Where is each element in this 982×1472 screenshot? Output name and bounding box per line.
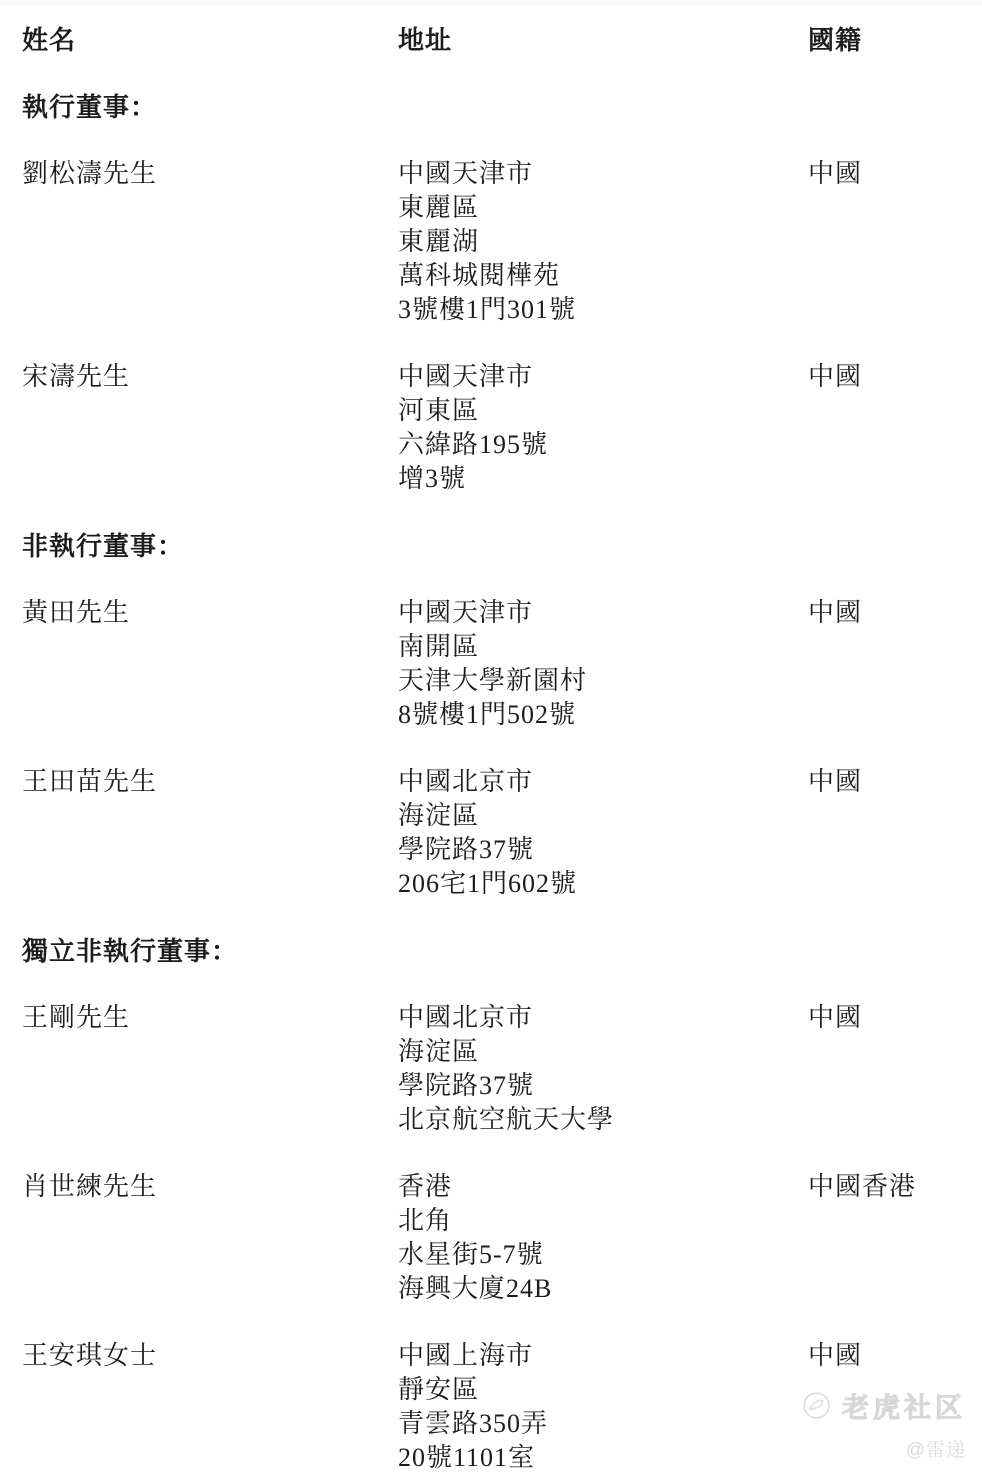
director-nationality: 中國香港 (808, 1170, 960, 1204)
address-line: 中國北京市 (398, 1001, 808, 1035)
address-line: 增3號 (398, 462, 808, 496)
address-line: 中國上海市 (398, 1339, 808, 1373)
director-nationality: 中國 (808, 157, 960, 191)
address-line: 北京航空航天大學 (398, 1103, 808, 1137)
address-line: 學院路37號 (398, 1069, 808, 1103)
address-line: 中國天津市 (398, 596, 808, 630)
director-row-liu-songtao: 劉松濤先生 中國天津市 東麗區 東麗湖 萬科城閱樺苑 3號樓1門301號 中國 (22, 157, 960, 327)
director-name: 王田苗先生 (22, 765, 398, 799)
director-name: 宋濤先生 (22, 360, 398, 394)
section-title-non-executive-directors: 非執行董事： (22, 529, 960, 563)
address-line: 中國天津市 (398, 360, 808, 394)
watermark: 老虎社区 @雷递 (803, 1386, 966, 1462)
address-line: 北角 (398, 1204, 808, 1238)
section-title-independent-non-executive-directors: 獨立非執行董事： (22, 934, 960, 968)
director-nationality: 中國 (808, 360, 960, 394)
address-line: 香港 (398, 1170, 808, 1204)
address-line: 萬科城閱樺苑 (398, 259, 808, 293)
address-line: 中國北京市 (398, 765, 808, 799)
director-address: 中國北京市 海淀區 學院路37號 北京航空航天大學 (398, 1001, 808, 1137)
address-line: 靜安區 (398, 1373, 808, 1407)
director-address: 香港 北角 水星街5-7號 海興大廈24B (398, 1170, 808, 1306)
address-line: 青雲路350弄 (398, 1407, 808, 1441)
address-line: 海淀區 (398, 799, 808, 833)
director-name: 劉松濤先生 (22, 157, 398, 191)
director-nationality: 中國 (808, 765, 960, 799)
director-address: 中國天津市 河東區 六緯路195號 增3號 (398, 360, 808, 496)
address-line: 水星街5-7號 (398, 1238, 808, 1272)
address-line: 8號樓1門502號 (398, 698, 808, 732)
director-row-wang-gang: 王剛先生 中國北京市 海淀區 學院路37號 北京航空航天大學 中國 (22, 1001, 960, 1137)
director-name: 王安琪女士 (22, 1339, 398, 1373)
page-top-edge (0, 0, 982, 5)
director-nationality: 中國 (808, 1339, 960, 1373)
address-line: 206宅1門602號 (398, 867, 808, 901)
director-row-huang-tian: 黃田先生 中國天津市 南開區 天津大學新園村 8號樓1門502號 中國 (22, 596, 960, 732)
address-line: 中國天津市 (398, 157, 808, 191)
address-line: 海淀區 (398, 1035, 808, 1069)
watermark-handle-text: @雷递 (803, 1435, 966, 1462)
address-line: 3號樓1門301號 (398, 293, 808, 327)
address-line: 20號1101室 (398, 1441, 808, 1472)
address-line: 東麗湖 (398, 225, 808, 259)
address-line: 學院路37號 (398, 833, 808, 867)
watermark-brand-row: 老虎社区 (803, 1386, 966, 1425)
column-header-nationality: 國籍 (808, 23, 960, 57)
table-header: 姓名 地址 國籍 (22, 23, 960, 57)
address-line: 南開區 (398, 630, 808, 664)
director-row-wang-tianmiao: 王田苗先生 中國北京市 海淀區 學院路37號 206宅1門602號 中國 (22, 765, 960, 901)
section-title-executive-directors: 執行董事： (22, 90, 960, 124)
tiger-logo-icon (803, 1392, 830, 1419)
address-line: 東麗區 (398, 191, 808, 225)
address-line: 天津大學新園村 (398, 664, 808, 698)
address-line: 六緯路195號 (398, 428, 808, 462)
column-header-address: 地址 (398, 23, 808, 57)
director-nationality: 中國 (808, 596, 960, 630)
director-address: 中國上海市 靜安區 青雲路350弄 20號1101室 (398, 1339, 808, 1472)
address-line: 河東區 (398, 394, 808, 428)
director-name: 肖世練先生 (22, 1170, 398, 1204)
director-row-xiao-shilian: 肖世練先生 香港 北角 水星街5-7號 海興大廈24B 中國香港 (22, 1170, 960, 1306)
director-address: 中國天津市 東麗區 東麗湖 萬科城閱樺苑 3號樓1門301號 (398, 157, 808, 327)
director-name: 王剛先生 (22, 1001, 398, 1035)
director-name: 黃田先生 (22, 596, 398, 630)
director-address: 中國北京市 海淀區 學院路37號 206宅1門602號 (398, 765, 808, 901)
director-nationality: 中國 (808, 1001, 960, 1035)
column-header-name: 姓名 (22, 23, 398, 57)
director-row-song-tao: 宋濤先生 中國天津市 河東區 六緯路195號 增3號 中國 (22, 360, 960, 496)
director-address: 中國天津市 南開區 天津大學新園村 8號樓1門502號 (398, 596, 808, 732)
directors-table-page: 姓名 地址 國籍 執行董事： 劉松濤先生 中國天津市 東麗區 東麗湖 萬科城閱樺… (0, 0, 982, 1472)
watermark-brand-text: 老虎社区 (842, 1386, 966, 1425)
address-line: 海興大廈24B (398, 1272, 808, 1306)
